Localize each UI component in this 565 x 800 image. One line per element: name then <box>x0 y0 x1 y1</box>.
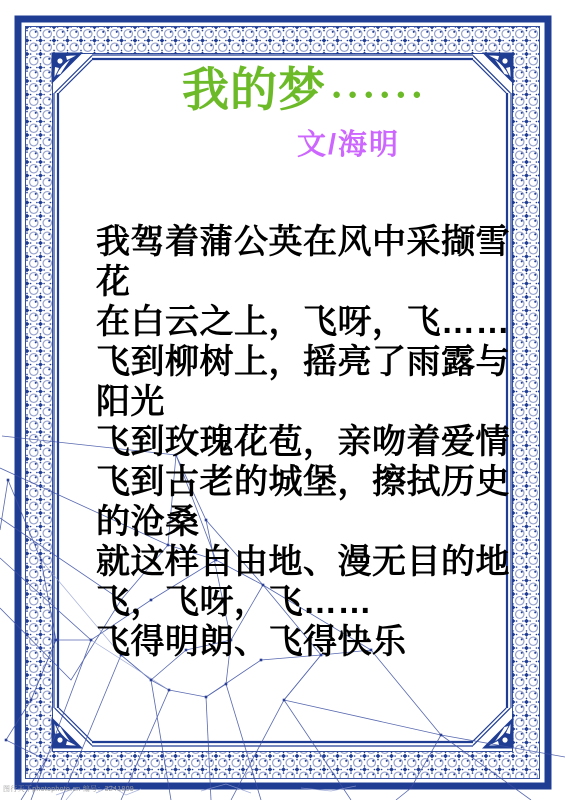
byline: 文/海明 <box>297 122 400 163</box>
watermark: 图行天下photophoto.cn 编号：3241809 <box>3 784 134 794</box>
poster-page: { "page": { "width": 565, "height": 800,… <box>0 0 565 800</box>
poem: 我驾着蒲公英在风中采撷雪花在白云之上，飞呀，飞……飞到柳树上，摇亮了雨露与阳光飞… <box>96 222 516 662</box>
poem-line: 飞到玫瑰花苞，亲吻着爱情 <box>96 422 516 462</box>
poem-line: 在白云之上，飞呀，飞…… <box>96 302 516 342</box>
poem-line: 就这样自由地、漫无目的地 <box>96 542 516 582</box>
poem-line: 飞，飞呀，飞…… <box>96 582 516 622</box>
title-ellipsis-dots: ●●●●●● <box>332 86 428 104</box>
poem-line: 阳光 <box>96 382 516 422</box>
poem-line: 飞到古老的城堡，擦拭历史 <box>96 462 516 502</box>
poem-line: 我驾着蒲公英在风中采撷雪 <box>96 222 516 262</box>
poem-line: 飞到柳树上，摇亮了雨露与 <box>96 342 516 382</box>
poster-content: 我的梦●●●●●● 文/海明 我驾着蒲公英在风中采撷雪花在白云之上，飞呀，飞……… <box>0 0 565 800</box>
page-title: 我的梦●●●●●● <box>182 62 428 118</box>
poem-line: 的沧桑 <box>96 502 516 542</box>
poem-line: 花 <box>96 262 516 302</box>
poem-line: 飞得明朗、飞得快乐 <box>96 622 516 662</box>
title-text: 我的梦 <box>182 63 326 116</box>
